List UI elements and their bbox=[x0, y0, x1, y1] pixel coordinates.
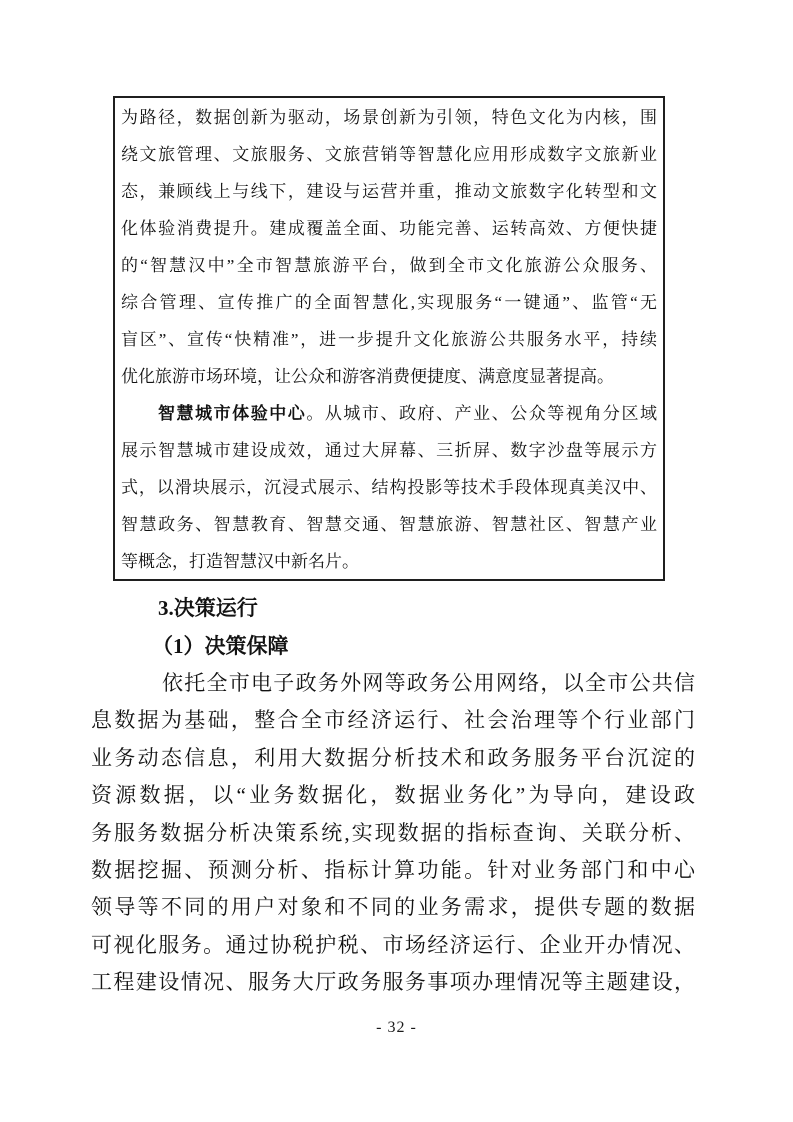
document-page: 为路径，数据创新为驱动，场景创新为引领，特色文化为内核，围 绕文旅管理、文旅服务… bbox=[0, 0, 793, 1122]
box-bold-run-title: 智慧城市体验中心 bbox=[158, 404, 306, 423]
box-text-line: 为路径，数据创新为驱动，场景创新为引领，特色文化为内核，围 bbox=[121, 99, 657, 136]
box-text-line: 式，以滑块展示，沉浸式展示、结构投影等技术手段体现真美汉中、 bbox=[121, 469, 657, 506]
box-text-line: 的“智慧汉中”全市智慧旅游平台，做到全市文化旅游公众服务、 bbox=[121, 247, 657, 284]
box-text-run: 。从城市、政府、产业、公众等视角分区域 bbox=[306, 404, 657, 423]
paragraph-line: 资源数据，以“业务数据化，数据业务化”为导向，建设政 bbox=[91, 777, 695, 814]
box-text-line: 态，兼顾线上与线下，建设与运营并重，推动文旅数字化转型和文 bbox=[121, 173, 657, 210]
section-heading: 3.决策运行 bbox=[91, 590, 695, 627]
page-number: - 32 - bbox=[0, 1019, 793, 1037]
boxed-text-section: 为路径，数据创新为驱动，场景创新为引领，特色文化为内核，围 绕文旅管理、文旅服务… bbox=[113, 96, 665, 581]
body-content: 3.决策运行 （1）决策保障 依托全市电子政务外网等政务公用网络，以全市公共信 … bbox=[91, 590, 695, 1002]
paragraph-line: 务服务数据分析决策系统,实现数据的指标查询、关联分析、 bbox=[91, 815, 695, 852]
paragraph-line: 可视化服务。通过协税护税、市场经济运行、企业开办情况、 bbox=[91, 927, 695, 964]
paragraph-line: 数据挖掘、预测分析、指标计算功能。针对业务部门和中心 bbox=[91, 852, 695, 889]
box-text-line: 等概念，打造智慧汉中新名片。 bbox=[121, 543, 657, 580]
subsection-heading: （1）决策保障 bbox=[91, 627, 695, 665]
paragraph-line: 工程建设情况、服务大厅政务服务事项办理情况等主题建设， bbox=[91, 964, 695, 1001]
paragraph-line: 息数据为基础，整合全市经济运行、社会治理等个行业部门 bbox=[91, 702, 695, 739]
box-text-line: 展示智慧城市建设成效，通过大屏幕、三折屏、数字沙盘等展示方 bbox=[121, 432, 657, 469]
box-text-line: 智慧政务、智慧教育、智慧交通、智慧旅游、智慧社区、智慧产业 bbox=[121, 506, 657, 543]
paragraph-line: 依托全市电子政务外网等政务公用网络，以全市公共信 bbox=[91, 665, 695, 702]
box-text-line: 综合管理、宣传推广的全面智慧化,实现服务“一键通”、监管“无 bbox=[121, 284, 657, 321]
paragraph-line: 业务动态信息，利用大数据分析技术和政务服务平台沉淀的 bbox=[91, 740, 695, 777]
box-text-line: 盲区”、宣传“快精准”，进一步提升文化旅游公共服务水平，持续 bbox=[121, 321, 657, 358]
box-text-line: 绕文旅管理、文旅服务、文旅营销等智慧化应用形成数字文旅新业 bbox=[121, 136, 657, 173]
box-text-line: 优化旅游市场环境，让公众和游客消费便捷度、满意度显著提高。 bbox=[121, 358, 657, 395]
paragraph-line: 领导等不同的用户对象和不同的业务需求，提供专题的数据 bbox=[91, 889, 695, 926]
box-text-line: 化体验消费提升。建成覆盖全面、功能完善、运转高效、方便快捷 bbox=[121, 210, 657, 247]
box-text-line: 智慧城市体验中心。从城市、政府、产业、公众等视角分区域 bbox=[121, 395, 657, 432]
